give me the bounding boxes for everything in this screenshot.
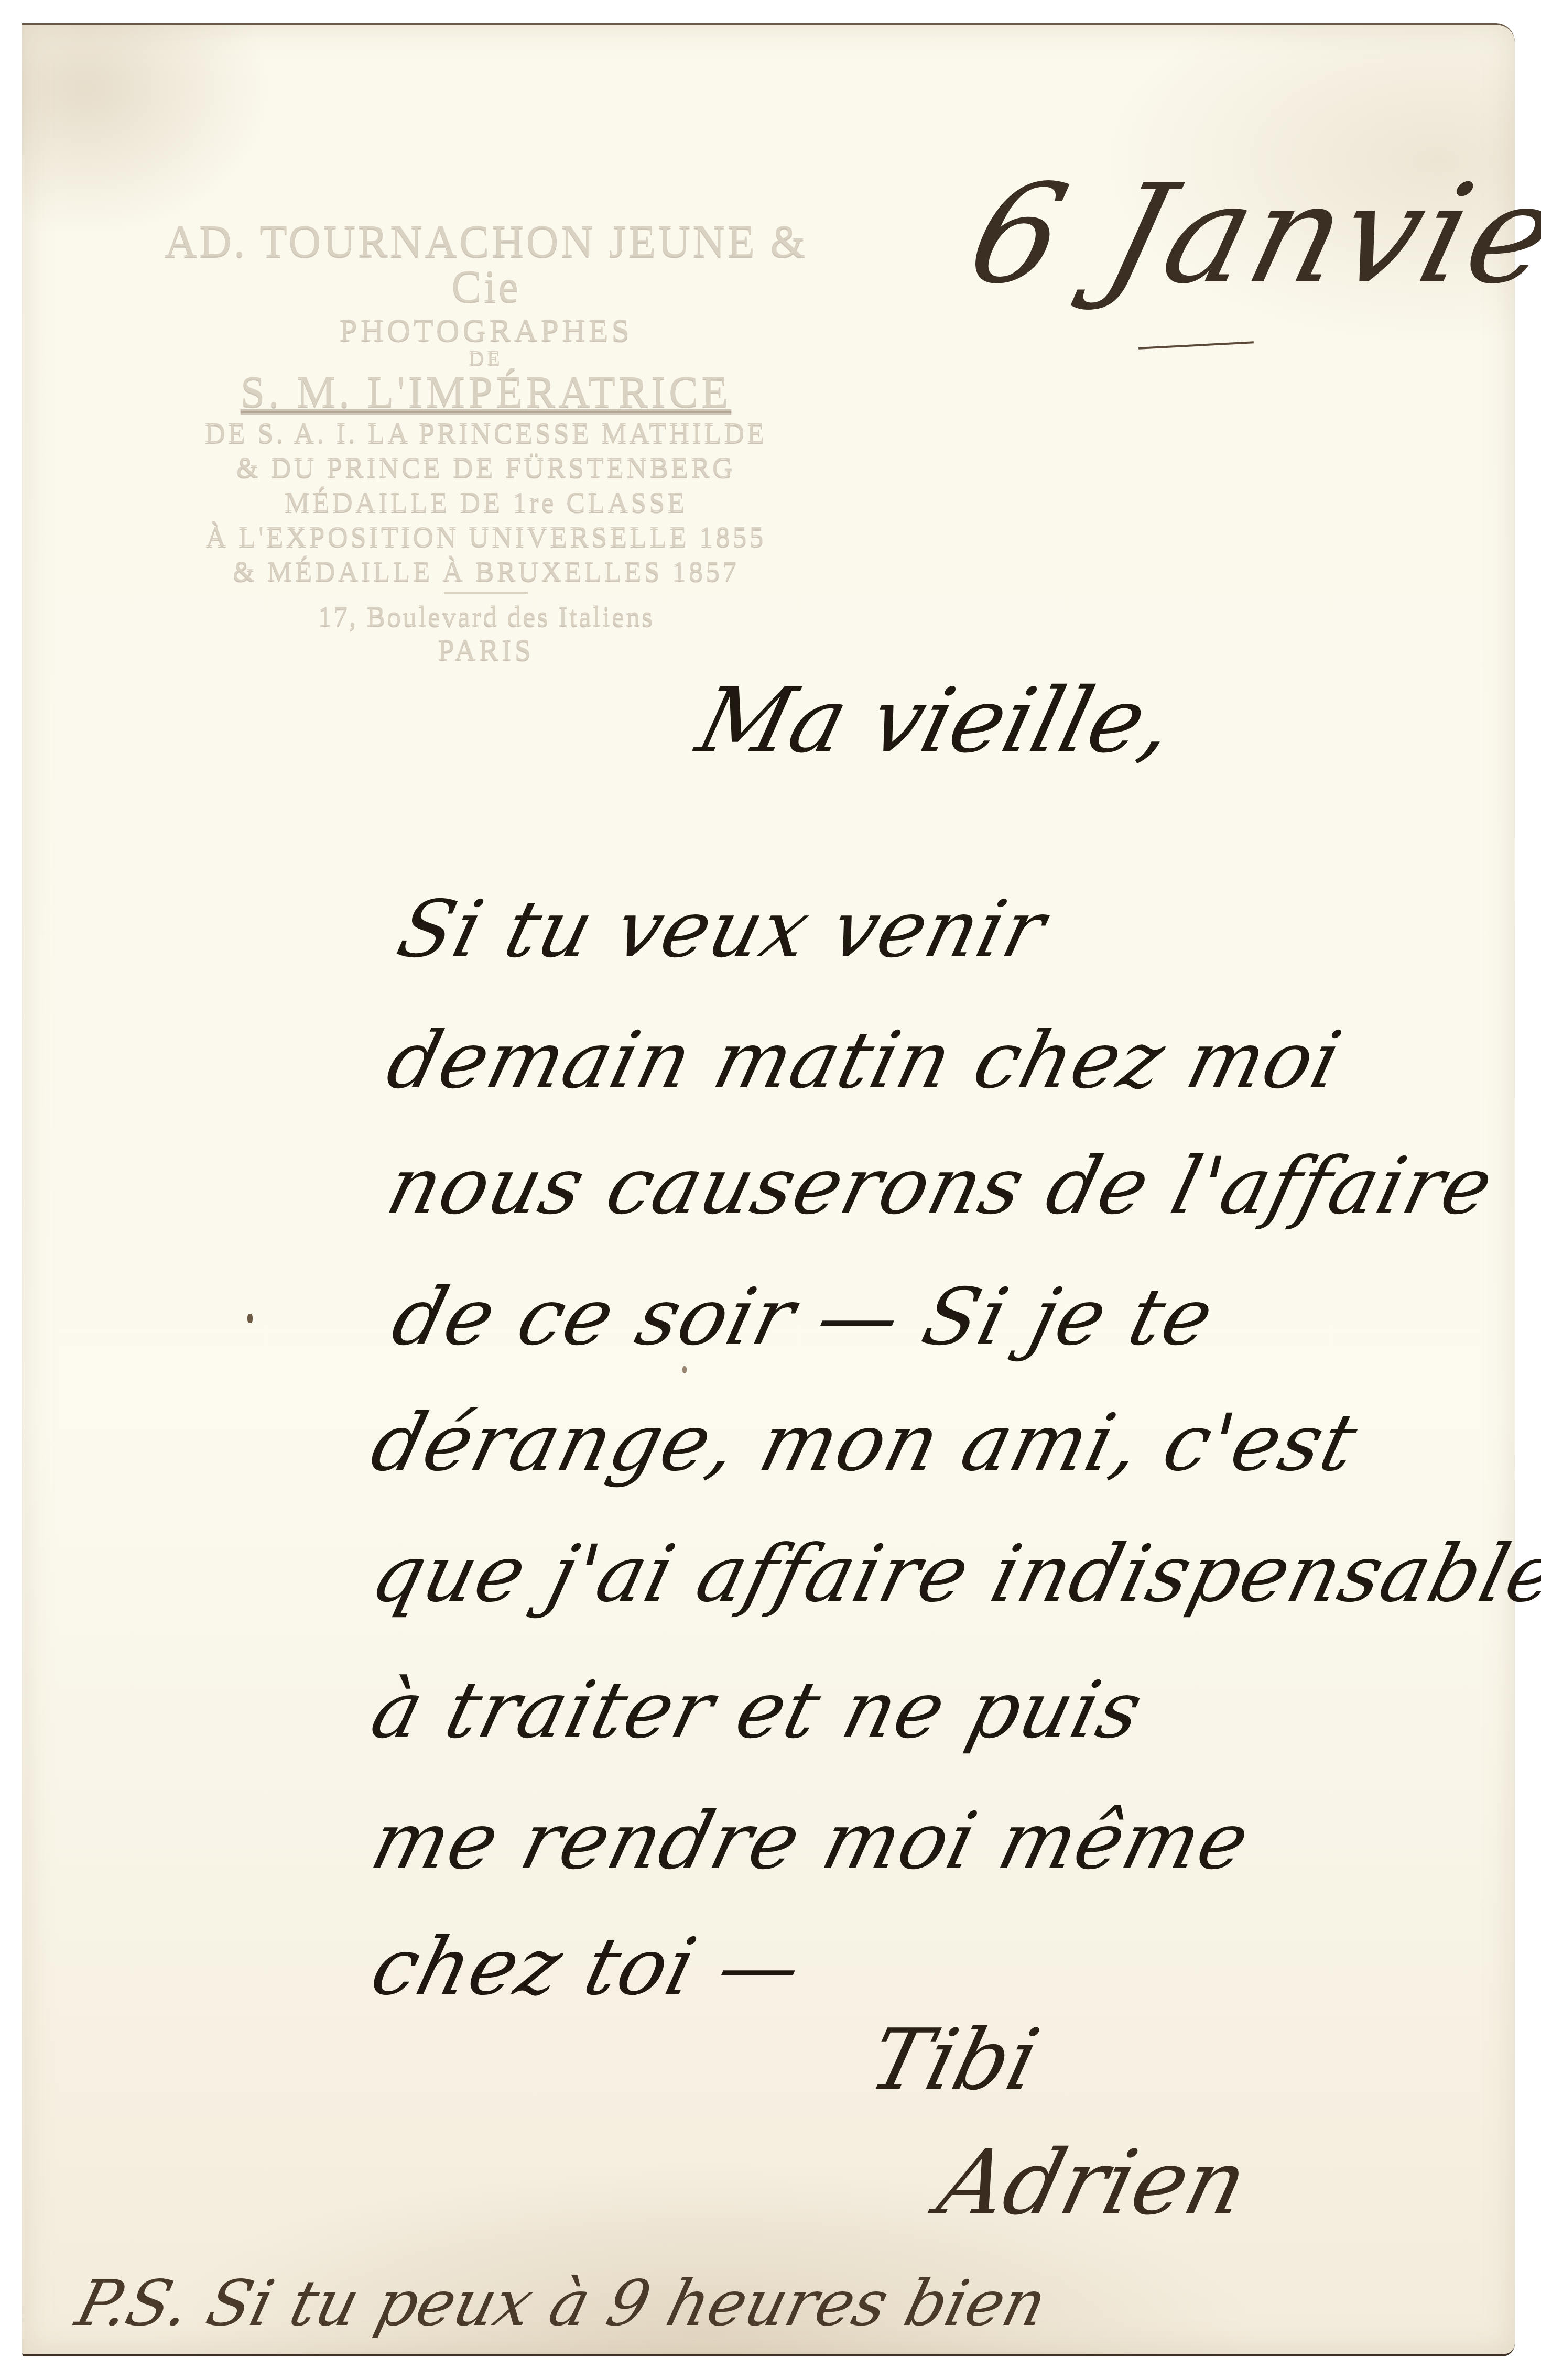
letter-closing: Tibi xyxy=(861,2011,1048,2109)
body-line: à traiter et ne puis xyxy=(363,1665,1152,1756)
body-line: Si tu veux venir xyxy=(389,884,1055,975)
body-line: que j'ai affaire indispensable xyxy=(363,1529,1541,1620)
letter-signature: Adrien xyxy=(929,2131,1257,2235)
letter-salutation: Ma vieille, xyxy=(688,669,1185,773)
letterhead-patron-2: DE S. A. I. LA PRINCESSE MATHILDE xyxy=(164,419,808,447)
body-line: nous causerons de l'affaire xyxy=(378,1141,1503,1232)
letter-date: 6 Janvier 58 xyxy=(955,156,1541,314)
body-line: demain matin chez moi xyxy=(378,1015,1351,1106)
letterhead-award-2: À L'EXPOSITION UNIVERSELLE 1855 xyxy=(164,522,808,551)
letter-postscript: P.S. Si tu peux à 9 heures bien xyxy=(69,2267,1054,2340)
letterhead-profession: PHOTOGRAPHES xyxy=(164,314,808,346)
letterhead-divider xyxy=(444,592,528,594)
letterhead-award-3: & MÉDAILLE À BRUXELLES 1857 xyxy=(164,557,808,585)
ink-speck xyxy=(682,1366,687,1373)
letter-sheet: AD. TOURNACHON JEUNE & Cie PHOTOGRAPHES … xyxy=(22,23,1515,2356)
date-underline xyxy=(1138,341,1254,350)
body-line: dérange, mon ami, c'est xyxy=(363,1398,1366,1489)
body-line: chez toi — xyxy=(363,1922,811,2013)
body-line: de ce soir — Si je te xyxy=(384,1272,1223,1363)
letterhead-patron-3: & DU PRINCE DE FÜRSTENBERG xyxy=(164,453,808,482)
body-line: me rendre moi même xyxy=(363,1796,1259,1887)
letterhead-city: PARIS xyxy=(164,636,808,665)
letterhead-address: 17, Boulevard des Italiens xyxy=(164,602,808,630)
letterhead-de: DE xyxy=(164,347,808,368)
letterhead-firm: AD. TOURNACHON JEUNE & Cie xyxy=(164,219,808,309)
letterhead-patron: S. M. L'IMPÉRATRICE xyxy=(164,370,808,414)
letterhead-award-1: MÉDAILLE DE 1re CLASSE xyxy=(164,488,808,516)
letterhead: AD. TOURNACHON JEUNE & Cie PHOTOGRAPHES … xyxy=(164,219,808,665)
ink-speck xyxy=(247,1314,253,1323)
